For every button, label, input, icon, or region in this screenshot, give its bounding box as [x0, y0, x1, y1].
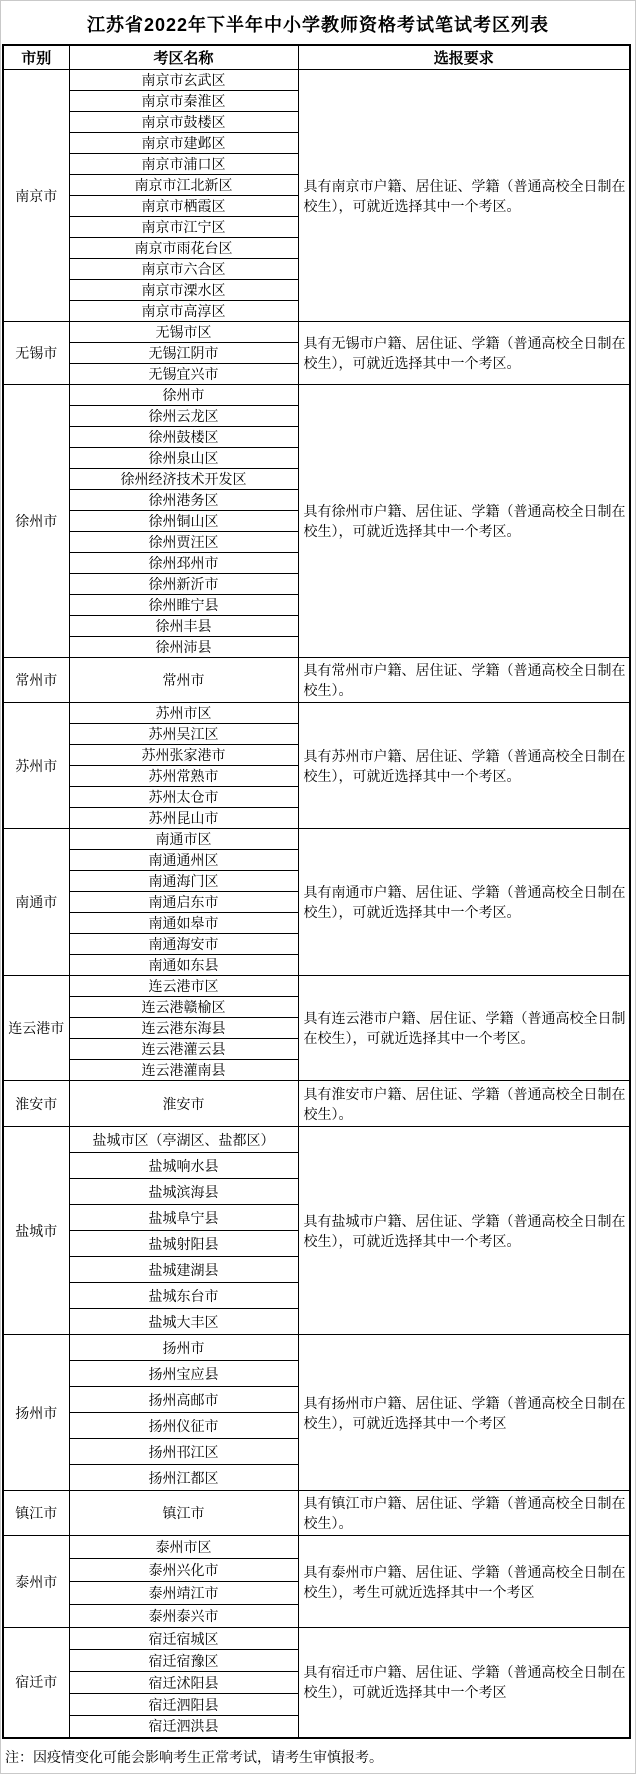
- district-cell: 南京市栖霞区: [69, 196, 298, 217]
- table-row: 泰州市泰州市区具有泰州市户籍、居住证、学籍（普通高校全日制在校生），考生可就近选…: [3, 1536, 630, 1559]
- district-cell: 苏州吴江区: [69, 724, 298, 745]
- district-cell: 徐州丰县: [69, 616, 298, 637]
- district-cell: 南通海门区: [69, 871, 298, 892]
- district-cell: 南京市江北新区: [69, 175, 298, 196]
- district-cell: 徐州经济技术开发区: [69, 469, 298, 490]
- district-cell: 南京市溧水区: [69, 280, 298, 301]
- requirement-cell: 具有淮安市户籍、居住证、学籍（普通高校全日制在校生）。: [298, 1081, 630, 1127]
- district-cell: 无锡宜兴市: [69, 364, 298, 385]
- district-cell: 泰州泰兴市: [69, 1605, 298, 1628]
- district-cell: 扬州市: [69, 1335, 298, 1361]
- district-cell: 徐州云龙区: [69, 406, 298, 427]
- district-cell: 苏州市区: [69, 703, 298, 724]
- table-row: 宿迁市宿迁宿城区具有宿迁市户籍、居住证、学籍（普通高校全日制在校生），可就近选择…: [3, 1628, 630, 1650]
- city-cell: 苏州市: [3, 703, 69, 829]
- table-row: 扬州市扬州市具有扬州市户籍、居住证、学籍（普通高校全日制在校生），可就近选择其中…: [3, 1335, 630, 1361]
- footnote: 注：因疫情变化可能会影响考生正常考试，请考生审慎报考。: [1, 1739, 635, 1773]
- district-cell: 连云港市区: [69, 976, 298, 997]
- table-row: 镇江市镇江市具有镇江市户籍、居住证、学籍（普通高校全日制在校生）。: [3, 1491, 630, 1536]
- district-cell: 泰州兴化市: [69, 1559, 298, 1582]
- district-cell: 南京市玄武区: [69, 70, 298, 91]
- district-cell: 盐城响水县: [69, 1153, 298, 1179]
- district-cell: 徐州沛县: [69, 637, 298, 658]
- city-cell: 无锡市: [3, 322, 69, 385]
- district-cell: 无锡市区: [69, 322, 298, 343]
- district-cell: 苏州张家港市: [69, 745, 298, 766]
- district-cell: 南京市雨花台区: [69, 238, 298, 259]
- table-row: 苏州市苏州市区具有苏州市户籍、居住证、学籍（普通高校全日制在校生），可就近选择其…: [3, 703, 630, 724]
- district-cell: 扬州宝应县: [69, 1361, 298, 1387]
- district-cell: 淮安市: [69, 1081, 298, 1127]
- district-cell: 连云港灌南县: [69, 1060, 298, 1081]
- district-cell: 南通海安市: [69, 934, 298, 955]
- district-cell: 镇江市: [69, 1491, 298, 1536]
- table-row: 常州市常州市具有常州市户籍、居住证、学籍（普通高校全日制在校生）。: [3, 658, 630, 703]
- district-cell: 无锡江阴市: [69, 343, 298, 364]
- requirement-cell: 具有苏州市户籍、居住证、学籍（普通高校全日制在校生），可就近选择其中一个考区。: [298, 703, 630, 829]
- district-cell: 南京市秦淮区: [69, 91, 298, 112]
- exam-table-body: 南京市南京市玄武区具有南京市户籍、居住证、学籍（普通高校全日制在校生），可就近选…: [3, 70, 630, 1738]
- district-cell: 南京市建邺区: [69, 133, 298, 154]
- header-row: 市别 考区名称 选报要求: [3, 45, 630, 70]
- district-cell: 徐州贾汪区: [69, 532, 298, 553]
- requirement-cell: 具有泰州市户籍、居住证、学籍（普通高校全日制在校生），考生可就近选择其中一个考区: [298, 1536, 630, 1628]
- district-cell: 扬州高邮市: [69, 1387, 298, 1413]
- requirement-cell: 具有扬州市户籍、居住证、学籍（普通高校全日制在校生），可就近选择其中一个考区: [298, 1335, 630, 1491]
- col-header-city: 市别: [3, 45, 69, 70]
- requirement-cell: 具有徐州市户籍、居住证、学籍（普通高校全日制在校生），可就近选择其中一个考区。: [298, 385, 630, 658]
- district-cell: 徐州邳州市: [69, 553, 298, 574]
- requirement-cell: 具有南京市户籍、居住证、学籍（普通高校全日制在校生），可就近选择其中一个考区。: [298, 70, 630, 322]
- table-row: 南京市南京市玄武区具有南京市户籍、居住证、学籍（普通高校全日制在校生），可就近选…: [3, 70, 630, 91]
- district-cell: 盐城市区（亭湖区、盐都区）: [69, 1127, 298, 1153]
- col-header-requirement: 选报要求: [298, 45, 630, 70]
- page: 江苏省2022年下半年中小学教师资格考试笔试考区列表 市别 考区名称 选报要求 …: [0, 0, 636, 1774]
- city-cell: 淮安市: [3, 1081, 69, 1127]
- district-cell: 南通如皋市: [69, 913, 298, 934]
- city-cell: 镇江市: [3, 1491, 69, 1536]
- table-row: 淮安市淮安市具有淮安市户籍、居住证、学籍（普通高校全日制在校生）。: [3, 1081, 630, 1127]
- district-cell: 泰州市区: [69, 1536, 298, 1559]
- district-cell: 徐州睢宁县: [69, 595, 298, 616]
- district-cell: 南京市高淳区: [69, 301, 298, 322]
- table-row: 徐州市徐州市具有徐州市户籍、居住证、学籍（普通高校全日制在校生），可就近选择其中…: [3, 385, 630, 406]
- district-cell: 盐城阜宁县: [69, 1205, 298, 1231]
- district-cell: 徐州市: [69, 385, 298, 406]
- table-row: 南通市南通市区具有南通市户籍、居住证、学籍（普通高校全日制在校生），可就近选择其…: [3, 829, 630, 850]
- requirement-cell: 具有连云港市户籍、居住证、学籍（普通高校全日制在校生），可就近选择其中一个考区。: [298, 976, 630, 1081]
- city-cell: 常州市: [3, 658, 69, 703]
- district-cell: 常州市: [69, 658, 298, 703]
- district-cell: 宿迁泗阳县: [69, 1694, 298, 1716]
- city-cell: 南通市: [3, 829, 69, 976]
- requirement-cell: 具有常州市户籍、居住证、学籍（普通高校全日制在校生）。: [298, 658, 630, 703]
- page-title: 江苏省2022年下半年中小学教师资格考试笔试考区列表: [1, 1, 635, 44]
- district-cell: 南通通州区: [69, 850, 298, 871]
- district-cell: 南通市区: [69, 829, 298, 850]
- district-cell: 徐州鼓楼区: [69, 427, 298, 448]
- city-cell: 徐州市: [3, 385, 69, 658]
- district-cell: 宿迁泗洪县: [69, 1716, 298, 1738]
- table-row: 无锡市无锡市区具有无锡市户籍、居住证、学籍（普通高校全日制在校生），可就近选择其…: [3, 322, 630, 343]
- district-cell: 苏州常熟市: [69, 766, 298, 787]
- city-cell: 南京市: [3, 70, 69, 322]
- requirement-cell: 具有无锡市户籍、居住证、学籍（普通高校全日制在校生），可就近选择其中一个考区。: [298, 322, 630, 385]
- district-cell: 南通启东市: [69, 892, 298, 913]
- city-cell: 宿迁市: [3, 1628, 69, 1738]
- district-cell: 徐州港务区: [69, 490, 298, 511]
- table-row: 盐城市盐城市区（亭湖区、盐都区）具有盐城市户籍、居住证、学籍（普通高校全日制在校…: [3, 1127, 630, 1153]
- district-cell: 南京市江宁区: [69, 217, 298, 238]
- city-cell: 泰州市: [3, 1536, 69, 1628]
- requirement-cell: 具有南通市户籍、居住证、学籍（普通高校全日制在校生），可就近选择其中一个考区。: [298, 829, 630, 976]
- district-cell: 盐城滨海县: [69, 1179, 298, 1205]
- district-cell: 南京市鼓楼区: [69, 112, 298, 133]
- district-cell: 盐城东台市: [69, 1283, 298, 1309]
- district-cell: 连云港灌云县: [69, 1039, 298, 1060]
- exam-district-table: 市别 考区名称 选报要求 南京市南京市玄武区具有南京市户籍、居住证、学籍（普通高…: [2, 44, 631, 1739]
- district-cell: 苏州昆山市: [69, 808, 298, 829]
- col-header-district: 考区名称: [69, 45, 298, 70]
- district-cell: 徐州铜山区: [69, 511, 298, 532]
- district-cell: 宿迁宿城区: [69, 1628, 298, 1650]
- district-cell: 南通如东县: [69, 955, 298, 976]
- district-cell: 扬州江都区: [69, 1465, 298, 1491]
- district-cell: 扬州邗江区: [69, 1439, 298, 1465]
- district-cell: 盐城射阳县: [69, 1231, 298, 1257]
- district-cell: 盐城建湖县: [69, 1257, 298, 1283]
- district-cell: 盐城大丰区: [69, 1309, 298, 1335]
- district-cell: 泰州靖江市: [69, 1582, 298, 1605]
- requirement-cell: 具有宿迁市户籍、居住证、学籍（普通高校全日制在校生），可就近选择其中一个考区: [298, 1628, 630, 1738]
- district-cell: 苏州太仓市: [69, 787, 298, 808]
- table-row: 连云港市连云港市区具有连云港市户籍、居住证、学籍（普通高校全日制在校生），可就近…: [3, 976, 630, 997]
- district-cell: 徐州新沂市: [69, 574, 298, 595]
- city-cell: 连云港市: [3, 976, 69, 1081]
- district-cell: 徐州泉山区: [69, 448, 298, 469]
- city-cell: 扬州市: [3, 1335, 69, 1491]
- district-cell: 宿迁宿豫区: [69, 1650, 298, 1672]
- district-cell: 宿迁沭阳县: [69, 1672, 298, 1694]
- district-cell: 南京市浦口区: [69, 154, 298, 175]
- district-cell: 连云港东海县: [69, 1018, 298, 1039]
- district-cell: 扬州仪征市: [69, 1413, 298, 1439]
- city-cell: 盐城市: [3, 1127, 69, 1335]
- district-cell: 连云港赣榆区: [69, 997, 298, 1018]
- requirement-cell: 具有盐城市户籍、居住证、学籍（普通高校全日制在校生），可就近选择其中一个考区。: [298, 1127, 630, 1335]
- district-cell: 南京市六合区: [69, 259, 298, 280]
- requirement-cell: 具有镇江市户籍、居住证、学籍（普通高校全日制在校生）。: [298, 1491, 630, 1536]
